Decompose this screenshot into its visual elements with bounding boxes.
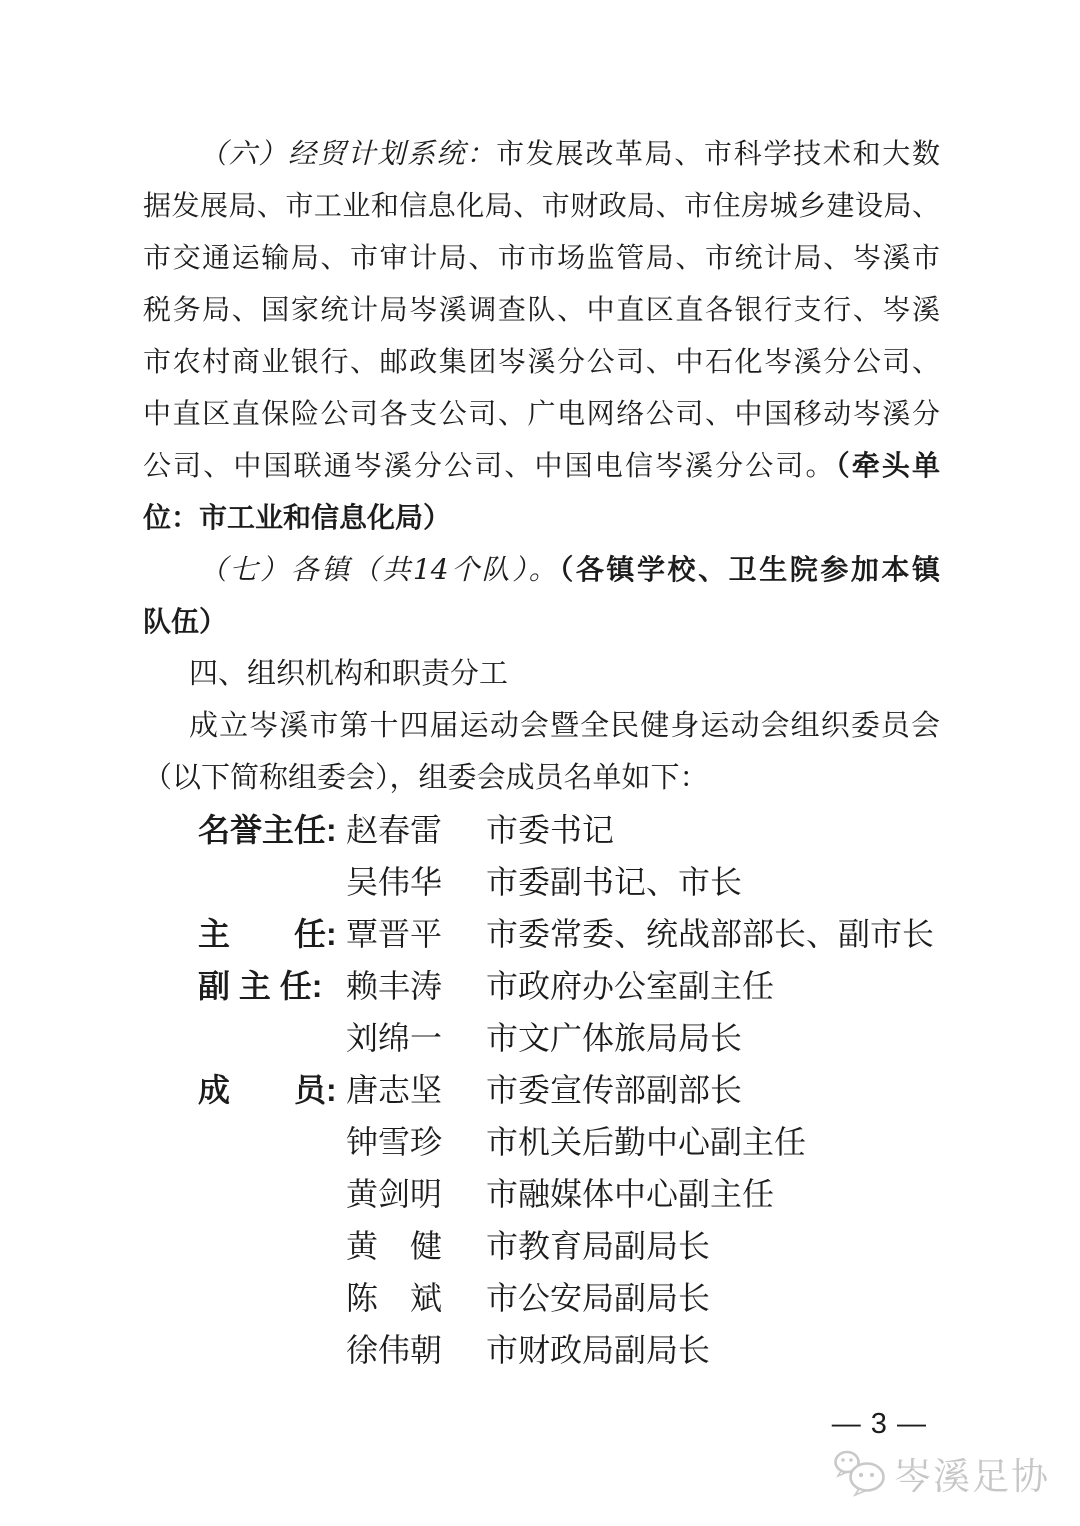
text-segment: 中直区直保险公司各支公司、广电网络公司、中国移动岑溪分 — [143, 398, 940, 429]
member-role: 市委副书记、市长 — [486, 856, 742, 908]
kaiti-segment: （七）各镇（共14个队）。 — [199, 553, 559, 586]
para6-line-4: 税务局、国家统计局岑溪调查队、中直区直各银行支行、岑溪 — [143, 284, 940, 336]
watermark: 岑溪足协 — [832, 1446, 1050, 1500]
member-row: 主 任:覃晋平市委常委、统战部部长、副市长 — [143, 908, 940, 960]
member-name: 赖丰涛 — [346, 960, 446, 1012]
member-name: 钟雪珍 — [346, 1116, 446, 1168]
member-role: 市公安局副局长 — [486, 1272, 710, 1324]
member-name: 覃晋平 — [346, 908, 446, 960]
member-title-label: 名誉主任: — [198, 804, 346, 856]
member-name: 陈 斌 — [346, 1272, 446, 1324]
page-number: — 3 — — [832, 1408, 927, 1441]
member-row: 成 员:唐志坚市委宣传部副部长 — [143, 1064, 940, 1116]
member-role: 市委宣传部副部长 — [486, 1064, 742, 1116]
member-name: 吴伟华 — [346, 856, 446, 908]
kaiti-segment: （六）经贸计划系统： — [199, 137, 496, 170]
member-row: 徐伟朝市财政局副局长 — [143, 1324, 940, 1376]
member-name: 徐伟朝 — [346, 1324, 446, 1376]
member-role: 市政府办公室副主任 — [486, 960, 774, 1012]
member-role: 市融媒体中心副主任 — [486, 1168, 774, 1220]
member-name: 黄 健 — [346, 1220, 446, 1272]
member-row: 陈 斌市公安局副局长 — [143, 1272, 940, 1324]
text-segment: （以下简称组委会），组委会成员名单如下： — [143, 762, 709, 794]
member-row: 副 主 任:赖丰涛市政府办公室副主任 — [143, 960, 940, 1012]
member-name: 刘绵一 — [346, 1012, 446, 1064]
text-segment: 据发展局、市工业和信息化局、市财政局、市住房城乡建设局、 — [143, 190, 940, 221]
text-segment: 市交通运输局、市审计局、市市场监管局、市统计局、岑溪市 — [143, 242, 940, 273]
text-segment: 税务局、国家统计局岑溪调查队、中直区直各银行支行、岑溪 — [143, 294, 940, 325]
para6-line-1: （六）经贸计划系统：市发展改革局、市科学技术和大数 — [143, 128, 940, 180]
member-row: 刘绵一市文广体旅局局长 — [143, 1012, 940, 1064]
member-name: 赵春雷 — [346, 804, 446, 856]
member-name: 黄剑明 — [346, 1168, 446, 1220]
bold-segment: 队伍） — [143, 606, 227, 637]
member-row: 钟雪珍市机关后勤中心副主任 — [143, 1116, 940, 1168]
wechat-bubbles-icon — [832, 1448, 888, 1498]
member-row: 黄 健市教育局副局长 — [143, 1220, 940, 1272]
member-row: 黄剑明市融媒体中心副主任 — [143, 1168, 940, 1220]
text-segment: 市发展改革局、市科学技术和大数 — [496, 138, 940, 169]
bold-segment: （牵头单 — [836, 450, 940, 481]
member-name: 唐志坚 — [346, 1064, 446, 1116]
member-role: 市委书记 — [486, 804, 614, 856]
watermark-text: 岑溪足协 — [894, 1446, 1050, 1500]
member-role: 市财政局副局长 — [486, 1324, 710, 1376]
member-row: 吴伟华市委副书记、市长 — [143, 856, 940, 908]
document-body: （六）经贸计划系统：市发展改革局、市科学技术和大数 据发展局、市工业和信息化局、… — [143, 128, 940, 1376]
para7-line-2: 队伍） — [143, 596, 940, 648]
bold-segment: 位：市工业和信息化局） — [143, 502, 451, 533]
member-title-label: 主 任: — [198, 908, 346, 960]
bold-segment: （各镇学校、卫生院参加本镇 — [559, 554, 940, 585]
para6-line-2: 据发展局、市工业和信息化局、市财政局、市住房城乡建设局、 — [143, 180, 940, 232]
para6-line-5: 市农村商业银行、邮政集团岑溪分公司、中石化岑溪分公司、 — [143, 336, 940, 388]
intro-line-1: 成立岑溪市第十四届运动会暨全民健身运动会组织委员会 — [143, 700, 940, 752]
para6-line-6: 中直区直保险公司各支公司、广电网络公司、中国移动岑溪分 — [143, 388, 940, 440]
para6-line-7: 公司、中国联通岑溪分公司、中国电信岑溪分公司。（牵头单 — [143, 440, 940, 492]
member-role: 市机关后勤中心副主任 — [486, 1116, 806, 1168]
para6-line-3: 市交通运输局、市审计局、市市场监管局、市统计局、岑溪市 — [143, 232, 940, 284]
member-title-label: 成 员: — [198, 1064, 346, 1116]
member-role: 市委常委、统战部部长、副市长 — [486, 908, 934, 960]
member-title-label: 副 主 任: — [198, 960, 346, 1012]
para6-line-8: 位：市工业和信息化局） — [143, 492, 940, 544]
intro-line-2: （以下简称组委会），组委会成员名单如下： — [143, 752, 940, 804]
member-row: 名誉主任:赵春雷市委书记 — [143, 804, 940, 856]
para7-line-1: （七）各镇（共14个队）。（各镇学校、卫生院参加本镇 — [143, 544, 940, 596]
heading-text: 四、组织机构和职责分工 — [189, 658, 508, 690]
document-page: （六）经贸计划系统：市发展改革局、市科学技术和大数 据发展局、市工业和信息化局、… — [0, 0, 1080, 1526]
member-role: 市文广体旅局局长 — [486, 1012, 742, 1064]
text-segment: 成立岑溪市第十四届运动会暨全民健身运动会组织委员会 — [189, 710, 940, 742]
text-segment: 市农村商业银行、邮政集团岑溪分公司、中石化岑溪分公司、 — [143, 346, 940, 377]
text-segment: 公司、中国联通岑溪分公司、中国电信岑溪分公司。 — [143, 450, 836, 481]
section-heading: 四、组织机构和职责分工 — [143, 648, 940, 700]
member-role: 市教育局副局长 — [486, 1220, 710, 1272]
